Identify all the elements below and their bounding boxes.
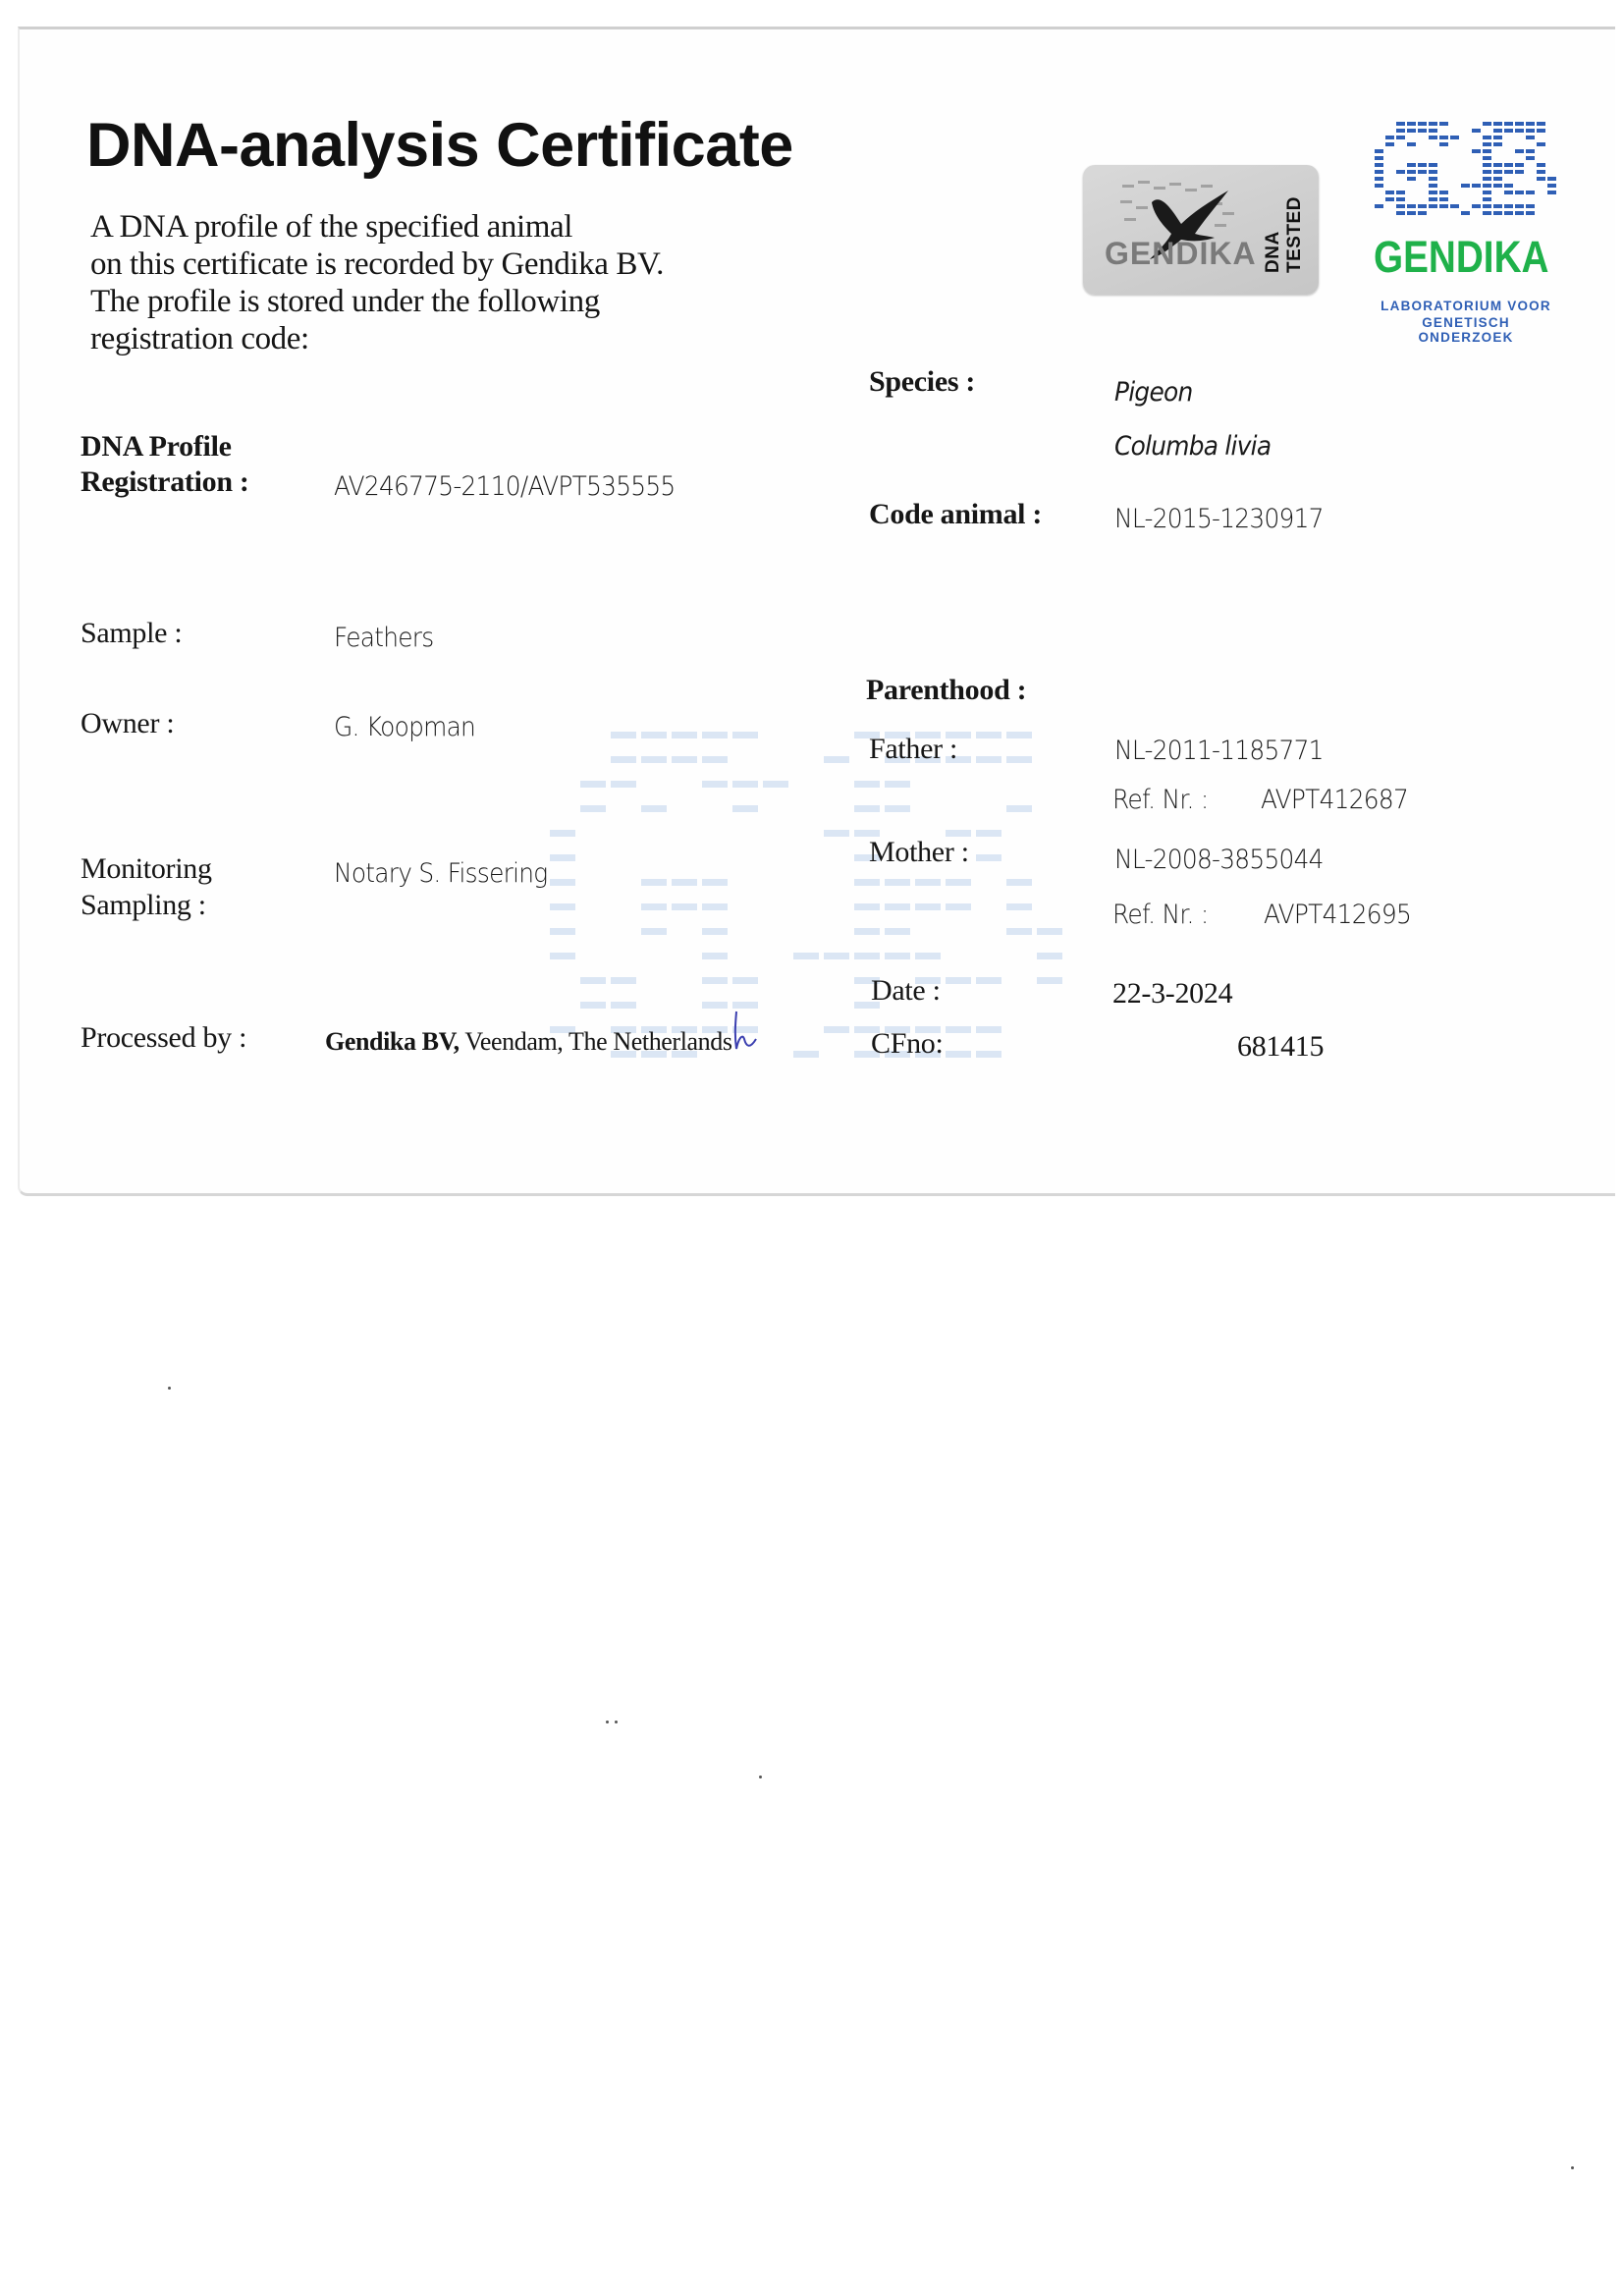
- intro-line: The profile is stored under the followin…: [90, 283, 664, 320]
- date-value: 22-3-2024: [1112, 977, 1232, 1011]
- father-ref-label: Ref. Nr. :: [1112, 785, 1208, 815]
- signature-mark-icon: [731, 1010, 760, 1055]
- processed-value: Gendika BV, Veendam, The Netherlands: [325, 1027, 732, 1057]
- father-ref-value: AVPT412687: [1261, 785, 1408, 815]
- gendika-logo-icon: [1375, 122, 1561, 220]
- mother-ref-label: Ref. Nr. :: [1112, 900, 1208, 930]
- processed-location: Veendam, The Netherlands: [460, 1027, 732, 1056]
- intro-line: A DNA profile of the specified animal: [90, 208, 664, 246]
- logo-name: GENDIKA: [1374, 232, 1548, 283]
- monitoring-value: Notary S. Fissering: [334, 858, 547, 889]
- monitoring-label: Monitoring: [81, 852, 212, 886]
- dna-profile-value: AV246775-2110/AVPT535555: [334, 471, 675, 502]
- species-latin: Columba livia: [1114, 431, 1271, 462]
- code-animal-label: Code animal :: [869, 498, 1042, 531]
- intro-line: registration code:: [90, 320, 664, 357]
- processed-label: Processed by :: [81, 1021, 246, 1055]
- gendika-logo: GENDIKA LABORATORIUM VOOR GENETISCH ONDE…: [1370, 122, 1566, 343]
- sample-value: Feathers: [334, 623, 433, 653]
- mother-label: Mother :: [869, 836, 969, 869]
- mother-id: NL-2008-3855044: [1114, 845, 1324, 875]
- logo-subtitle: GENETISCH ONDERZOEK: [1378, 315, 1554, 345]
- sticker-brand: GENDIKA: [1105, 236, 1257, 272]
- father-label: Father :: [869, 733, 957, 766]
- scan-speck: [615, 1721, 618, 1723]
- scan-speck: [1571, 2166, 1574, 2169]
- sampling-label: Sampling :: [81, 889, 206, 922]
- sticker-badge: DNA TESTED: [1263, 196, 1306, 273]
- scan-speck: [759, 1776, 762, 1778]
- dna-tested-sticker: GENDIKA DNA TESTED: [1083, 165, 1319, 295]
- owner-label: Owner :: [81, 707, 174, 740]
- intro-line: on this certificate is recorded by Gendi…: [90, 246, 664, 283]
- registration-label: Registration :: [81, 465, 249, 499]
- date-label: Date :: [871, 974, 941, 1008]
- parenthood-label: Parenthood :: [866, 674, 1026, 707]
- dna-profile-label: DNA Profile: [81, 430, 232, 464]
- father-id: NL-2011-1185771: [1114, 736, 1324, 766]
- sample-label: Sample :: [81, 617, 182, 650]
- processed-company: Gendika BV,: [325, 1027, 460, 1056]
- species-common: Pigeon: [1114, 377, 1192, 408]
- intro-text: A DNA profile of the specified animal on…: [90, 208, 664, 357]
- cfno-label: CFno:: [871, 1027, 944, 1061]
- code-animal-value: NL-2015-1230917: [1114, 504, 1324, 534]
- owner-value: G. Koopman: [334, 712, 475, 742]
- cfno-value: 681415: [1237, 1030, 1324, 1064]
- mother-ref-value: AVPT412695: [1264, 900, 1411, 930]
- certificate-title: DNA-analysis Certificate: [86, 110, 793, 181]
- scan-speck: [606, 1721, 609, 1723]
- logo-subtitle: LABORATORIUM VOOR: [1378, 299, 1554, 313]
- species-label: Species :: [869, 365, 975, 399]
- scan-speck: [168, 1387, 171, 1390]
